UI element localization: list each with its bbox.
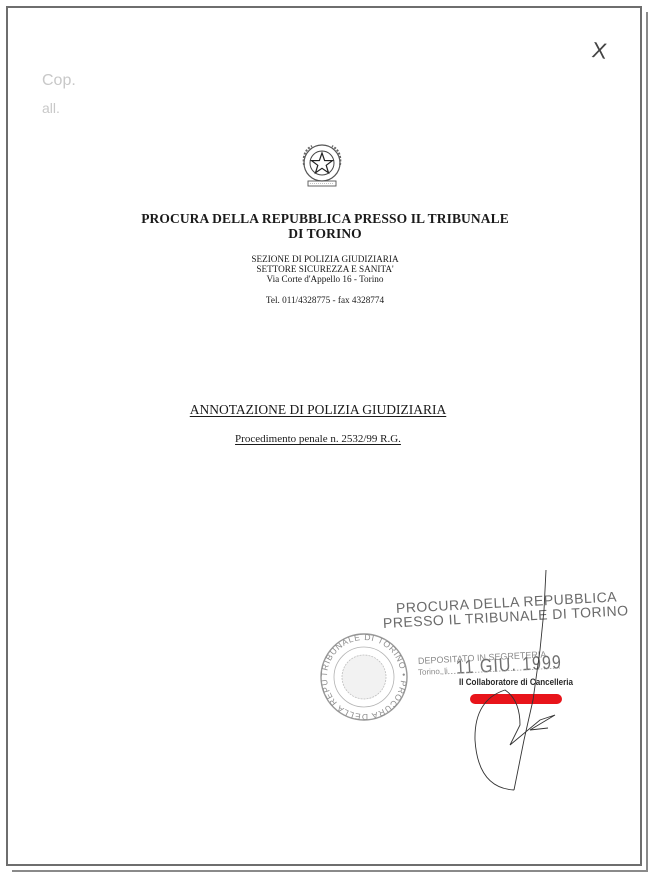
office-title-city: DI TORINO [0,226,650,242]
office-title: PROCURA DELLA REPUBBLICA PRESSO IL TRIBU… [0,211,650,227]
stamp-place: Torino, li [418,666,448,677]
margin-note: all. [42,100,60,116]
collaborator-label: Il Collaboratore di Cancelleria [459,677,573,688]
margin-note: Cop. [42,72,76,90]
document-title: ANNOTAZIONE DI POLIZIA GIUDIZIARIA [0,402,636,418]
office-contacts: Tel. 011/4328775 - fax 4328774 [0,295,650,306]
office-address: Via Corte d'Appello 16 - Torino [0,274,650,285]
corner-mark: X [590,37,608,65]
italian-republic-emblem-icon [298,141,346,191]
procedure-number: Procedimento penale n. 2532/99 R.G. [0,433,636,445]
redaction-bar [470,694,562,704]
